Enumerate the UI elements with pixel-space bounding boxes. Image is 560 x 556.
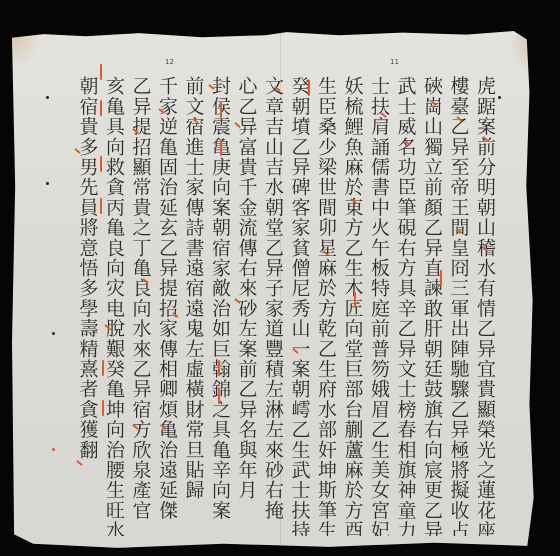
ink-dot: [52, 332, 55, 335]
text-column: 硤崗山獨立前顏乙异直諫敢肝朝廷鼓旗右向宸更乙异: [419, 76, 446, 536]
ink-dot: [46, 182, 49, 185]
folio-number-right: 11: [390, 58, 399, 66]
red-punctuation-mark: [218, 360, 220, 376]
manuscript-scan: 12 11 虎踞案前分明朝山稽水有情乙异宜貴顯榮光之蓮花座御 樓臺乙异至帝王間皇…: [0, 0, 560, 556]
red-punctuation-mark: [218, 388, 220, 404]
text-column: 虎踞案前分明朝山稽水有情乙异宜貴顯榮光之蓮花座御: [472, 76, 499, 536]
text-column: 生臣桑少梁世間卯星麻於方乾乙生府水部奸坤斯筆生云: [313, 76, 340, 536]
text-column: 士扶肩誦儒書中火午板特庭前普笏娥眉乙生美女宮妃: [366, 76, 393, 536]
text-column: 朝宿貴多男先員將意悟多學壽精熹者貪獲翻: [74, 76, 101, 536]
red-punctuation-mark: [100, 198, 102, 214]
red-punctuation-mark: [308, 80, 310, 96]
red-punctuation-mark: [354, 292, 356, 308]
red-punctuation-mark: [100, 100, 102, 116]
red-punctuation-mark: [102, 360, 104, 376]
ink-dot: [498, 96, 501, 99]
text-column: 文章吉山吉水朝堂乙异子家道豐積左淋左來砂右掩: [260, 76, 287, 536]
text-column: 前文宿進士家傳詩書遠宿遠鬼左虛橫財常旦貼歸: [180, 76, 207, 536]
red-punctuation-mark: [100, 156, 102, 172]
ink-dot: [52, 448, 55, 451]
red-punctuation-mark: [220, 102, 222, 118]
text-column: 妖梳鯉魚麻於東方乙生木匠向堂巨部台蒯蘆麻於方酉乙: [339, 76, 366, 536]
text-column: 武士威名功臣筆硯右方具辛乙异文士榜春相旗神童力: [392, 76, 419, 536]
red-punctuation-mark: [440, 270, 442, 286]
text-column: 樓臺乙异至帝王間皇冏三軍出陣馳驟乙异極將擬收占: [445, 76, 472, 536]
text-column: 心乙异富貴千金流傳右來砂左案前乙异名與年月: [233, 76, 260, 536]
ink-dot: [46, 96, 49, 99]
red-punctuation-mark: [100, 64, 102, 80]
text-column: 亥亀具向救貪丙亀良向灾电脫艱癸亀坤向治腰生旺水: [101, 76, 128, 536]
text-column: 千家逆亀固治延玄乙异提招家傳相卿煩亀治遠延傑: [154, 76, 181, 536]
manuscript-page: 12 11 虎踞案前分明朝山稽水有情乙异宜貴顯榮光之蓮花座御 樓臺乙异至帝王間皇…: [12, 30, 540, 550]
red-punctuation-mark: [220, 140, 222, 156]
text-column: 癸朝墳乙异碑客家貧僧尼秀山一案朝嶀乙生武士扶持: [286, 76, 313, 536]
text-columns: 虎踞案前分明朝山稽水有情乙异宜貴顯榮光之蓮花座御 樓臺乙异至帝王間皇冏三軍出陣馳…: [74, 76, 498, 536]
text-column: 乙异提招顯常貴之丁亀良向水來乙异宿方欣泉產官: [127, 76, 154, 536]
folio-number-left: 12: [165, 58, 174, 66]
red-punctuation-mark: [102, 400, 104, 416]
